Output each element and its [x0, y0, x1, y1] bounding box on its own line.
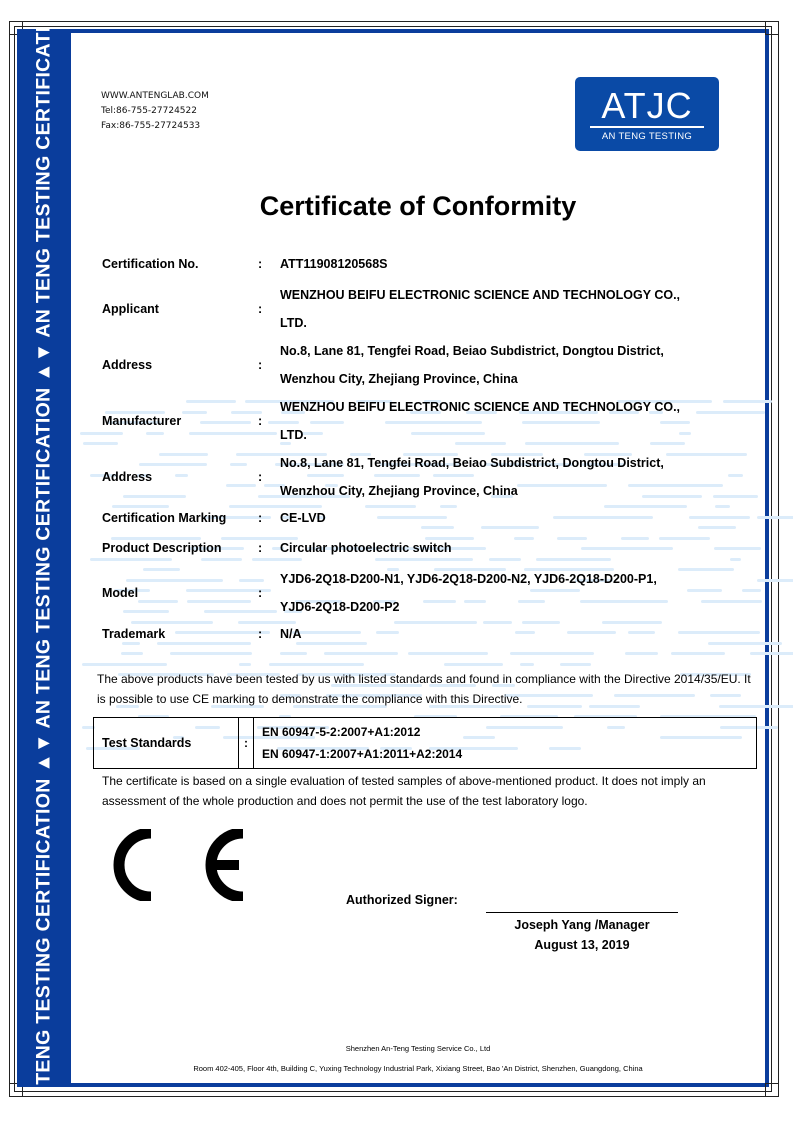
- field-value-line: ATT11908120568S: [280, 250, 762, 278]
- signature-date: August 13, 2019: [486, 935, 678, 955]
- field-label: Model: [102, 586, 258, 600]
- field-value: YJD6-2Q18-D200-N1, YJD6-2Q18-D200-N2, YJ…: [280, 565, 762, 621]
- field-value-line: CE-LVD: [280, 504, 762, 532]
- field-colon: :: [258, 257, 280, 271]
- test-standards-values: EN 60947-5-2:2007+A1:2012 EN 60947-1:200…: [254, 718, 756, 768]
- side-band-text: AN TENG TESTING CERTIFICATION ▲▼ AN TENG…: [33, 29, 56, 1087]
- field-row: Address:No.8, Lane 81, Tengfei Road, Bei…: [102, 449, 762, 505]
- authorized-signer-label: Authorized Signer:: [346, 893, 458, 907]
- compliance-statement: The above products have been tested by u…: [97, 669, 761, 709]
- side-band: AN TENG TESTING CERTIFICATION ▲▼ AN TENG…: [17, 29, 71, 1087]
- field-value-line: Wenzhou City, Zhejiang Province, China: [280, 477, 762, 505]
- certificate-body: WWW.ANTENGLAB.COM Tel:86-755-27724522 Fa…: [71, 33, 765, 1083]
- field-row: Applicant:WENZHOU BEIFU ELECTRONIC SCIEN…: [102, 281, 762, 337]
- field-row: Trademark:N/A: [102, 621, 762, 647]
- test-standard-item: EN 60947-1:2007+A1:2011+A2:2014: [262, 743, 756, 765]
- field-value: WENZHOU BEIFU ELECTRONIC SCIENCE AND TEC…: [280, 393, 762, 449]
- field-row: Product Description:Circular photoelectr…: [102, 535, 762, 561]
- field-colon: :: [258, 511, 280, 525]
- field-value-line: No.8, Lane 81, Tengfei Road, Beiao Subdi…: [280, 449, 762, 477]
- field-value-line: No.8, Lane 81, Tengfei Road, Beiao Subdi…: [280, 337, 762, 365]
- disclaimer-text: The certificate is based on a single eva…: [102, 771, 766, 811]
- field-value: ATT11908120568S: [280, 250, 762, 278]
- field-value: CE-LVD: [280, 504, 762, 532]
- corner-ornament-top-right: [765, 21, 779, 35]
- logo-main-text: ATJC: [575, 87, 719, 125]
- contact-info: WWW.ANTENGLAB.COM Tel:86-755-27724522 Fa…: [101, 89, 209, 134]
- signer-name: Joseph Yang /Manager: [486, 915, 678, 935]
- field-value: Circular photoelectric switch: [280, 534, 762, 562]
- logo-sub-text: AN TENG TESTING: [575, 131, 719, 142]
- test-standards-table: Test Standards : EN 60947-5-2:2007+A1:20…: [93, 717, 757, 769]
- footer-company: Shenzhen An-Teng Testing Service Co., Lt…: [71, 1044, 765, 1053]
- certificate-title: Certificate of Conformity: [71, 191, 765, 222]
- field-value-line: WENZHOU BEIFU ELECTRONIC SCIENCE AND TEC…: [280, 393, 762, 421]
- field-colon: :: [258, 541, 280, 555]
- field-colon: :: [258, 414, 280, 428]
- logo-divider: [590, 126, 704, 128]
- test-standard-item: EN 60947-5-2:2007+A1:2012: [262, 721, 756, 743]
- field-label: Product Description: [102, 541, 258, 555]
- tel-text: Tel:86-755-27724522: [101, 104, 209, 119]
- fax-text: Fax:86-755-27724533: [101, 119, 209, 134]
- field-value-line: Circular photoelectric switch: [280, 534, 762, 562]
- field-value-line: WENZHOU BEIFU ELECTRONIC SCIENCE AND TEC…: [280, 281, 762, 309]
- certificate-fields: Certification No.:ATT11908120568SApplica…: [102, 251, 762, 651]
- field-label: Certification No.: [102, 257, 258, 271]
- test-standards-colon: :: [239, 718, 254, 768]
- field-colon: :: [258, 586, 280, 600]
- field-row: Certification No.:ATT11908120568S: [102, 251, 762, 277]
- corner-ornament-bottom-right: [765, 1083, 779, 1097]
- field-row: Model:YJD6-2Q18-D200-N1, YJD6-2Q18-D200-…: [102, 565, 762, 621]
- field-value: No.8, Lane 81, Tengfei Road, Beiao Subdi…: [280, 449, 762, 505]
- website-text: WWW.ANTENGLAB.COM: [101, 89, 209, 104]
- field-colon: :: [258, 358, 280, 372]
- field-label: Address: [102, 358, 258, 372]
- field-value: No.8, Lane 81, Tengfei Road, Beiao Subdi…: [280, 337, 762, 393]
- field-row: Manufacturer:WENZHOU BEIFU ELECTRONIC SC…: [102, 393, 762, 449]
- ce-mark-icon: [101, 829, 257, 901]
- field-colon: :: [258, 302, 280, 316]
- footer-address: Room 402-405, Floor 4th, Building C, Yux…: [71, 1064, 765, 1073]
- field-value: N/A: [280, 620, 762, 648]
- field-label: Address: [102, 470, 258, 484]
- field-row: Certification Marking:CE-LVD: [102, 505, 762, 531]
- test-standards-label: Test Standards: [94, 718, 239, 768]
- field-row: Address:No.8, Lane 81, Tengfei Road, Bei…: [102, 337, 762, 393]
- field-value-line: N/A: [280, 620, 762, 648]
- signature-line: [486, 912, 678, 913]
- field-value-line: YJD6-2Q18-D200-P2: [280, 593, 762, 621]
- field-label: Certification Marking: [102, 511, 258, 525]
- field-label: Manufacturer: [102, 414, 258, 428]
- field-label: Trademark: [102, 627, 258, 641]
- field-label: Applicant: [102, 302, 258, 316]
- field-colon: :: [258, 627, 280, 641]
- field-colon: :: [258, 470, 280, 484]
- field-value-line: LTD.: [280, 309, 762, 337]
- field-value: WENZHOU BEIFU ELECTRONIC SCIENCE AND TEC…: [280, 281, 762, 337]
- field-value-line: YJD6-2Q18-D200-N1, YJD6-2Q18-D200-N2, YJ…: [280, 565, 762, 593]
- field-value-line: Wenzhou City, Zhejiang Province, China: [280, 365, 762, 393]
- field-value-line: LTD.: [280, 421, 762, 449]
- atjc-logo: ATJC AN TENG TESTING: [575, 77, 719, 151]
